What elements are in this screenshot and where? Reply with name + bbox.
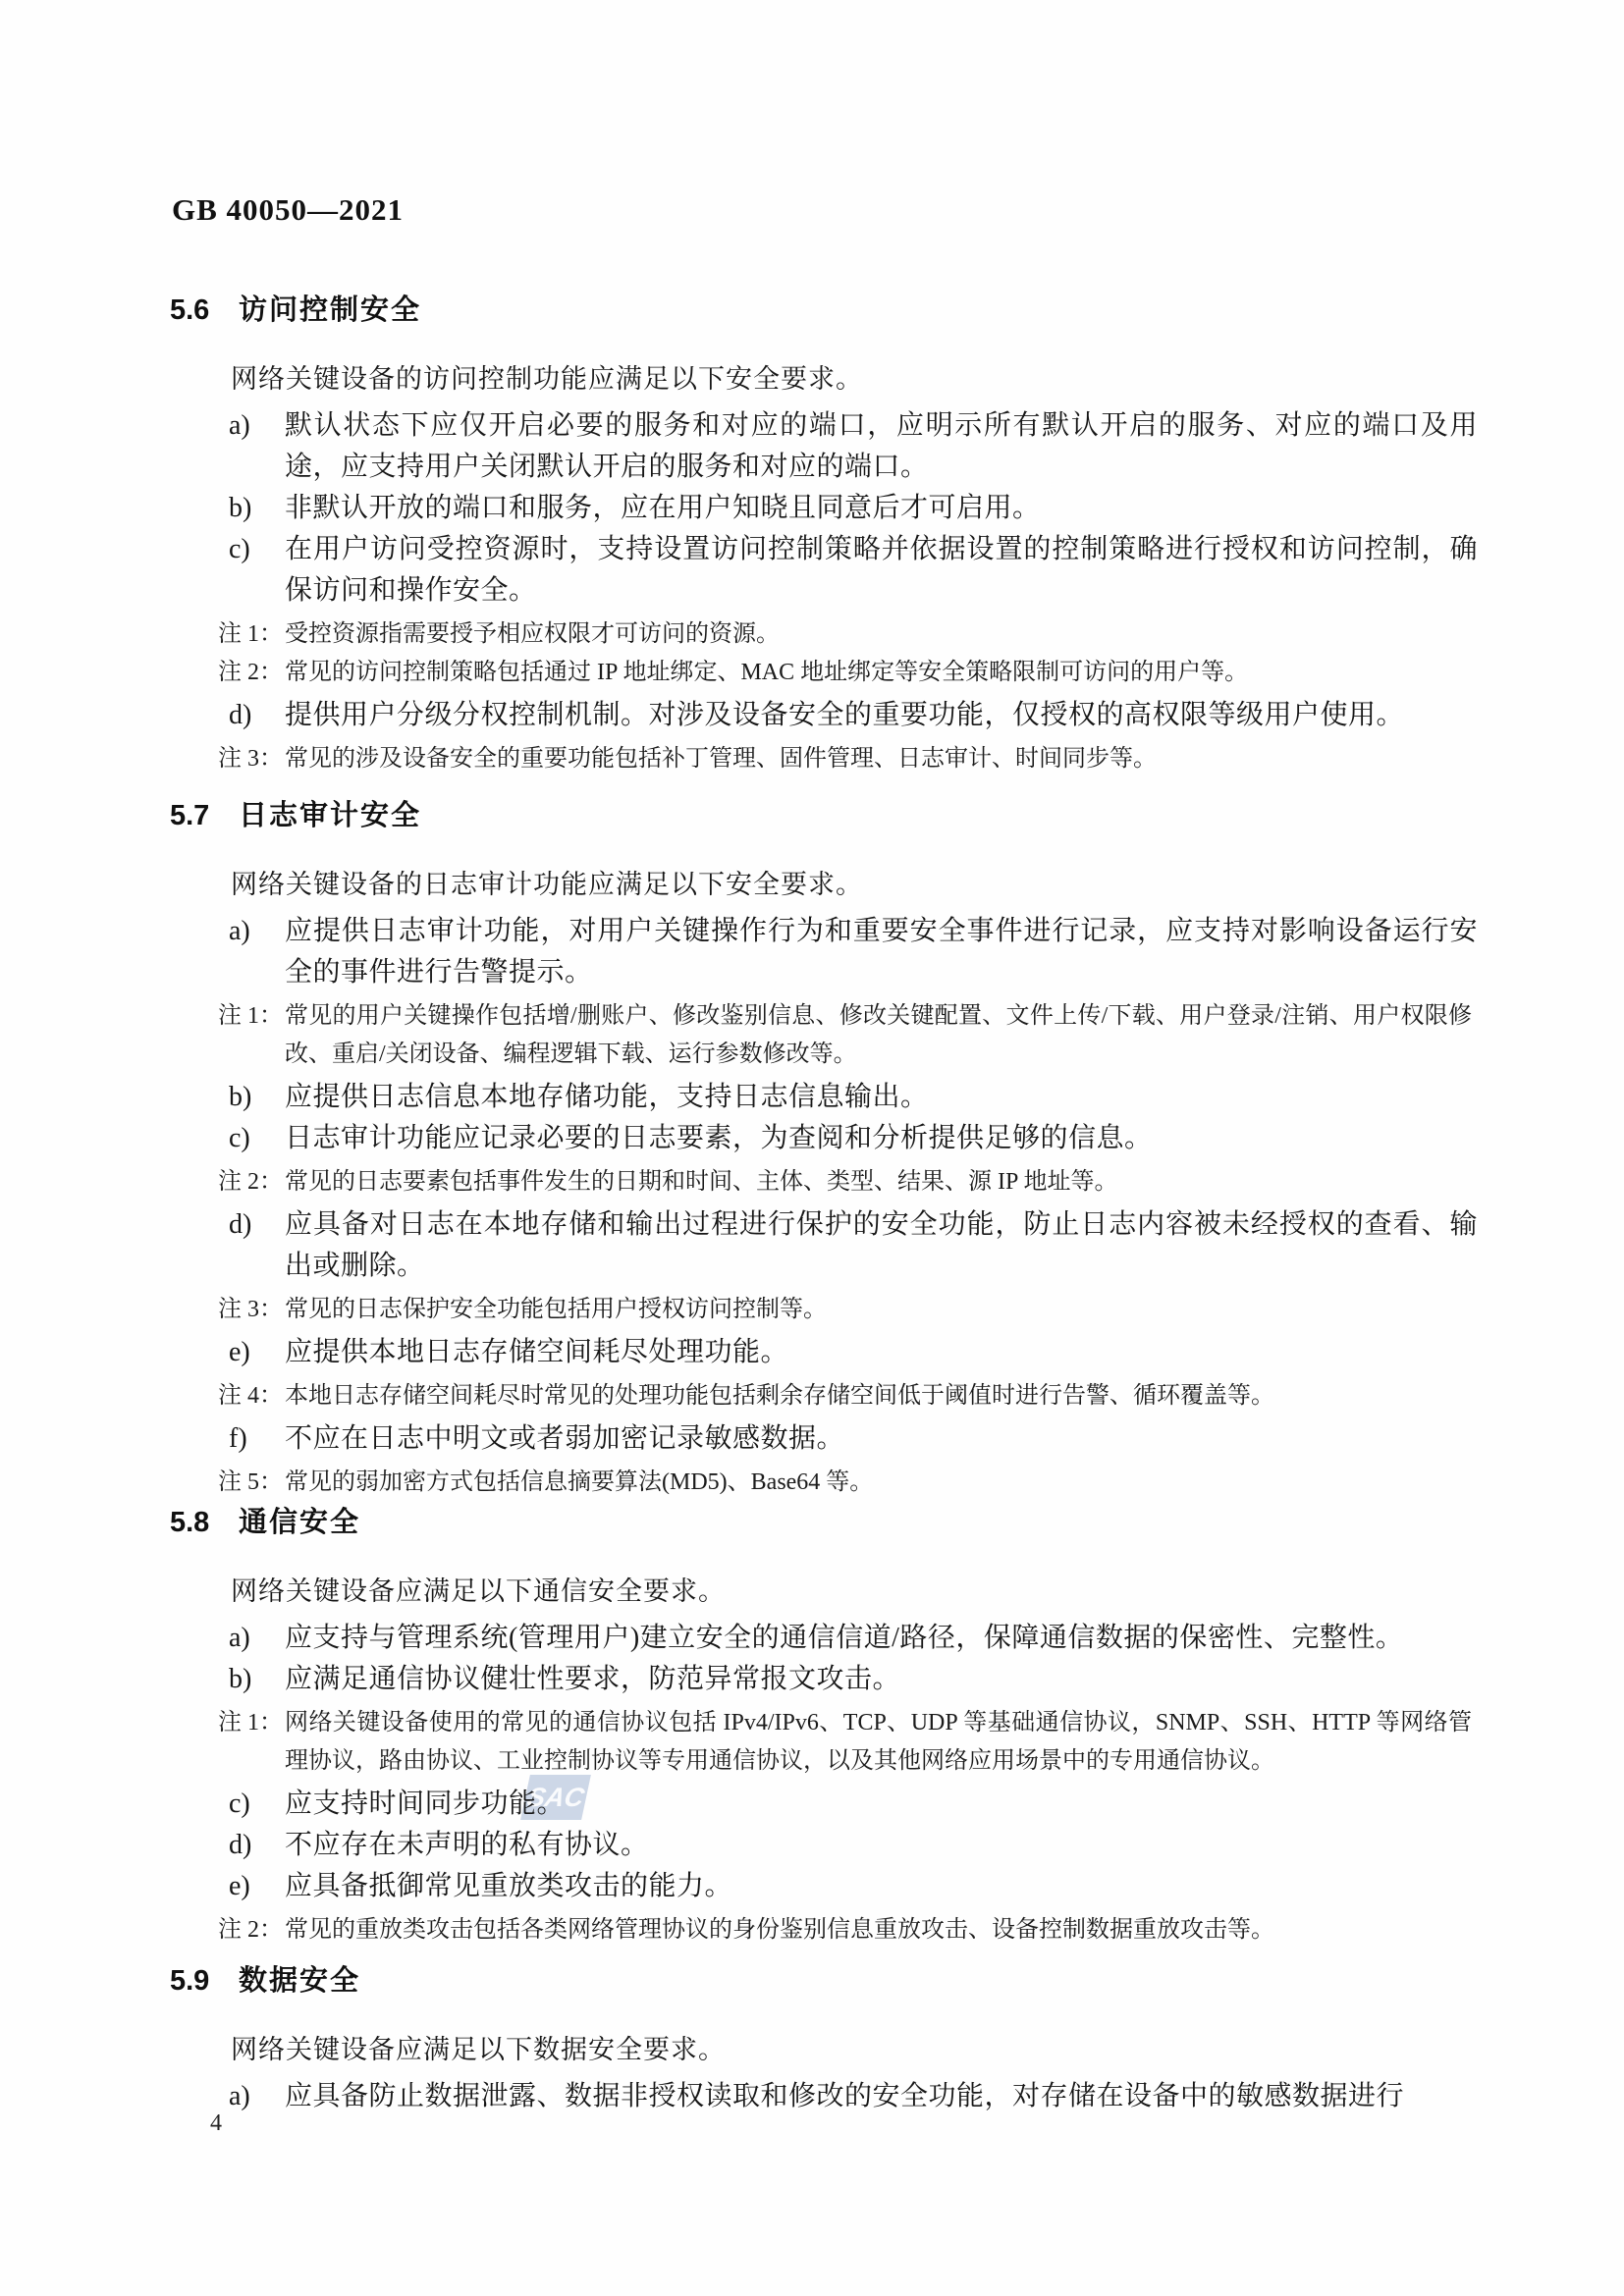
list-item-label: a): [229, 1618, 285, 1659]
note: 注 3： 常见的日志保护安全功能包括用户授权访问控制等。: [218, 1291, 1472, 1329]
list-item: b) 应提供日志信息本地存储功能，支持日志信息输出。: [229, 1077, 1478, 1118]
list-item-label: a): [229, 911, 285, 993]
section-heading: 5.8通信安全: [170, 1507, 1624, 1538]
section-heading: 5.9数据安全: [170, 1965, 1624, 1997]
note-text: 常见的访问控制策略包括通过 IP 地址绑定、MAC 地址绑定等安全策略限制可访问…: [285, 654, 1472, 692]
list-item-label: c): [229, 1118, 285, 1159]
list-item: a) 应提供日志审计功能，对用户关键操作行为和重要安全事件进行记录，应支持对影响…: [229, 911, 1478, 993]
list-item-text: 日志审计功能应记录必要的日志要素，为查阅和分析提供足够的信息。: [285, 1118, 1478, 1159]
document-body: 5.6访问控制安全 网络关键设备的访问控制功能应满足以下安全要求。 a) 默认状…: [0, 0, 1624, 2296]
note-text: 常见的日志要素包括事件发生的日期和时间、主体、类型、结果、源 IP 地址等。: [285, 1163, 1472, 1201]
list-item-text: 不应在日志中明文或者弱加密记录敏感数据。: [285, 1418, 1478, 1460]
note-text: 常见的弱加密方式包括信息摘要算法(MD5)、Base64 等。: [285, 1464, 1472, 1502]
note-label: 注 5：: [218, 1464, 285, 1502]
list-item: e) 应提供本地日志存储空间耗尽处理功能。: [229, 1332, 1478, 1373]
list-item: b) 非默认开放的端口和服务，应在用户知晓且同意后才可启用。: [229, 488, 1478, 529]
section-blocks: a) 应支持与管理系统(管理用户)建立安全的通信信道/路径，保障通信数据的保密性…: [0, 1618, 1624, 1949]
section-number: 5.6: [170, 294, 239, 326]
list-item-text: 默认状态下应仅开启必要的服务和对应的端口，应明示所有默认开启的服务、对应的端口及…: [285, 405, 1478, 488]
list-item: d) 不应存在未声明的私有协议。: [229, 1825, 1478, 1866]
list-item-label: d): [229, 695, 285, 736]
list-item-label: d): [229, 1204, 285, 1287]
list-item-text: 应提供日志信息本地存储功能，支持日志信息输出。: [285, 1077, 1478, 1118]
section-heading: 5.7日志审计安全: [170, 800, 1624, 831]
section-5.6: 5.6访问控制安全 网络关键设备的访问控制功能应满足以下安全要求。 a) 默认状…: [0, 294, 1624, 778]
note-label: 注 1：: [218, 997, 285, 1074]
section-5.9: 5.9数据安全 网络关键设备应满足以下数据安全要求。 a) 应具备防止数据泄露、…: [0, 1965, 1624, 2117]
section-5.7: 5.7日志审计安全 网络关键设备的日志审计功能应满足以下安全要求。 a) 应提供…: [0, 800, 1624, 1502]
section-title: 通信安全: [239, 1507, 360, 1538]
list-item-label: e): [229, 1332, 285, 1373]
list-item-label: c): [229, 1784, 285, 1825]
list-item-label: c): [229, 529, 285, 612]
section-number: 5.9: [170, 1965, 239, 1997]
list-item: c) 应支持时间同步功能。: [229, 1784, 1478, 1825]
list-item-text: 应具备防止数据泄露、数据非授权读取和修改的安全功能，对存储在设备中的敏感数据进行: [285, 2076, 1478, 2117]
note: 注 1： 常见的用户关键操作包括增/删账户、修改鉴别信息、修改关键配置、文件上传…: [218, 997, 1472, 1074]
section-number: 5.8: [170, 1507, 239, 1538]
list-item-label: f): [229, 1418, 285, 1460]
list-item-text: 应支持与管理系统(管理用户)建立安全的通信信道/路径，保障通信数据的保密性、完整…: [285, 1618, 1478, 1659]
list-item: f) 不应在日志中明文或者弱加密记录敏感数据。: [229, 1418, 1478, 1460]
list-item-text: 在用户访问受控资源时，支持设置访问控制策略并依据设置的控制策略进行授权和访问控制…: [285, 529, 1478, 612]
section-title: 访问控制安全: [239, 294, 421, 326]
note-text: 常见的用户关键操作包括增/删账户、修改鉴别信息、修改关键配置、文件上传/下载、用…: [285, 997, 1472, 1074]
note-label: 注 4：: [218, 1377, 285, 1415]
list-item-text: 应具备对日志在本地存储和输出过程进行保护的安全功能，防止日志内容被未经授权的查看…: [285, 1204, 1478, 1287]
list-item-label: b): [229, 488, 285, 529]
list-item-text: 提供用户分级分权控制机制。对涉及设备安全的重要功能，仅授权的高权限等级用户使用。: [285, 695, 1478, 736]
section-intro: 网络关键设备的访问控制功能应满足以下安全要求。: [231, 358, 1478, 400]
note-text: 常见的日志保护安全功能包括用户授权访问控制等。: [285, 1291, 1472, 1329]
note-label: 注 2：: [218, 1163, 285, 1201]
note-text: 网络关键设备使用的常见的通信协议包括 IPv4/IPv6、TCP、UDP 等基础…: [285, 1704, 1472, 1781]
list-item-label: a): [229, 405, 285, 488]
list-item-label: b): [229, 1077, 285, 1118]
note-label: 注 1：: [218, 1704, 285, 1781]
section-number: 5.7: [170, 800, 239, 831]
list-item: d) 应具备对日志在本地存储和输出过程进行保护的安全功能，防止日志内容被未经授权…: [229, 1204, 1478, 1287]
document-page: GB 40050—2021 SAC 5.6访问控制安全 网络关键设备的访问控制功…: [0, 0, 1624, 2296]
list-item: a) 默认状态下应仅开启必要的服务和对应的端口，应明示所有默认开启的服务、对应的…: [229, 405, 1478, 488]
list-item-text: 应提供日志审计功能，对用户关键操作行为和重要安全事件进行记录，应支持对影响设备运…: [285, 911, 1478, 993]
section-intro: 网络关键设备应满足以下通信安全要求。: [231, 1571, 1478, 1612]
note: 注 4： 本地日志存储空间耗尽时常见的处理功能包括剩余存储空间低于阈值时进行告警…: [218, 1377, 1472, 1415]
list-item-label: e): [229, 1866, 285, 1907]
section-title: 数据安全: [239, 1965, 360, 1997]
list-item: a) 应具备防止数据泄露、数据非授权读取和修改的安全功能，对存储在设备中的敏感数…: [229, 2076, 1478, 2117]
section-title: 日志审计安全: [239, 800, 421, 831]
note: 注 1： 受控资源指需要授予相应权限才可访问的资源。: [218, 615, 1472, 654]
list-item: e) 应具备抵御常见重放类攻击的能力。: [229, 1866, 1478, 1907]
list-item: c) 日志审计功能应记录必要的日志要素，为查阅和分析提供足够的信息。: [229, 1118, 1478, 1159]
list-item: c) 在用户访问受控资源时，支持设置访问控制策略并依据设置的控制策略进行授权和访…: [229, 529, 1478, 612]
list-item-text: 不应存在未声明的私有协议。: [285, 1825, 1478, 1866]
note: 注 2： 常见的访问控制策略包括通过 IP 地址绑定、MAC 地址绑定等安全策略…: [218, 654, 1472, 692]
section-intro: 网络关键设备应满足以下数据安全要求。: [231, 2029, 1478, 2070]
note: 注 3： 常见的涉及设备安全的重要功能包括补丁管理、固件管理、日志审计、时间同步…: [218, 740, 1472, 778]
list-item: b) 应满足通信协议健壮性要求，防范异常报文攻击。: [229, 1659, 1478, 1700]
note-label: 注 1：: [218, 615, 285, 654]
note-label: 注 3：: [218, 740, 285, 778]
list-item-text: 应满足通信协议健壮性要求，防范异常报文攻击。: [285, 1659, 1478, 1700]
list-item: d) 提供用户分级分权控制机制。对涉及设备安全的重要功能，仅授权的高权限等级用户…: [229, 695, 1478, 736]
list-item-label: b): [229, 1659, 285, 1700]
note-text: 常见的重放类攻击包括各类网络管理协议的身份鉴别信息重放攻击、设备控制数据重放攻击…: [285, 1911, 1472, 1949]
note-text: 本地日志存储空间耗尽时常见的处理功能包括剩余存储空间低于阈值时进行告警、循环覆盖…: [285, 1377, 1472, 1415]
note-text: 受控资源指需要授予相应权限才可访问的资源。: [285, 615, 1472, 654]
note-label: 注 2：: [218, 654, 285, 692]
section-intro: 网络关键设备的日志审计功能应满足以下安全要求。: [231, 864, 1478, 905]
list-item-text: 应支持时间同步功能。: [285, 1784, 1478, 1825]
section-5.8: 5.8通信安全 网络关键设备应满足以下通信安全要求。 a) 应支持与管理系统(管…: [0, 1507, 1624, 1949]
note-label: 注 2：: [218, 1911, 285, 1949]
list-item-text: 非默认开放的端口和服务，应在用户知晓且同意后才可启用。: [285, 488, 1478, 529]
note: 注 5： 常见的弱加密方式包括信息摘要算法(MD5)、Base64 等。: [218, 1464, 1472, 1502]
note-label: 注 3：: [218, 1291, 285, 1329]
note: 注 1： 网络关键设备使用的常见的通信协议包括 IPv4/IPv6、TCP、UD…: [218, 1704, 1472, 1781]
section-blocks: a) 应具备防止数据泄露、数据非授权读取和修改的安全功能，对存储在设备中的敏感数…: [0, 2076, 1624, 2117]
note: 注 2： 常见的日志要素包括事件发生的日期和时间、主体、类型、结果、源 IP 地…: [218, 1163, 1472, 1201]
list-item: a) 应支持与管理系统(管理用户)建立安全的通信信道/路径，保障通信数据的保密性…: [229, 1618, 1478, 1659]
note-text: 常见的涉及设备安全的重要功能包括补丁管理、固件管理、日志审计、时间同步等。: [285, 740, 1472, 778]
section-blocks: a) 应提供日志审计功能，对用户关键操作行为和重要安全事件进行记录，应支持对影响…: [0, 911, 1624, 1502]
list-item-label: d): [229, 1825, 285, 1866]
list-item-label: a): [229, 2076, 285, 2117]
note: 注 2： 常见的重放类攻击包括各类网络管理协议的身份鉴别信息重放攻击、设备控制数…: [218, 1911, 1472, 1949]
list-item-text: 应具备抵御常见重放类攻击的能力。: [285, 1866, 1478, 1907]
list-item-text: 应提供本地日志存储空间耗尽处理功能。: [285, 1332, 1478, 1373]
section-blocks: a) 默认状态下应仅开启必要的服务和对应的端口，应明示所有默认开启的服务、对应的…: [0, 405, 1624, 778]
section-heading: 5.6访问控制安全: [170, 294, 1624, 326]
